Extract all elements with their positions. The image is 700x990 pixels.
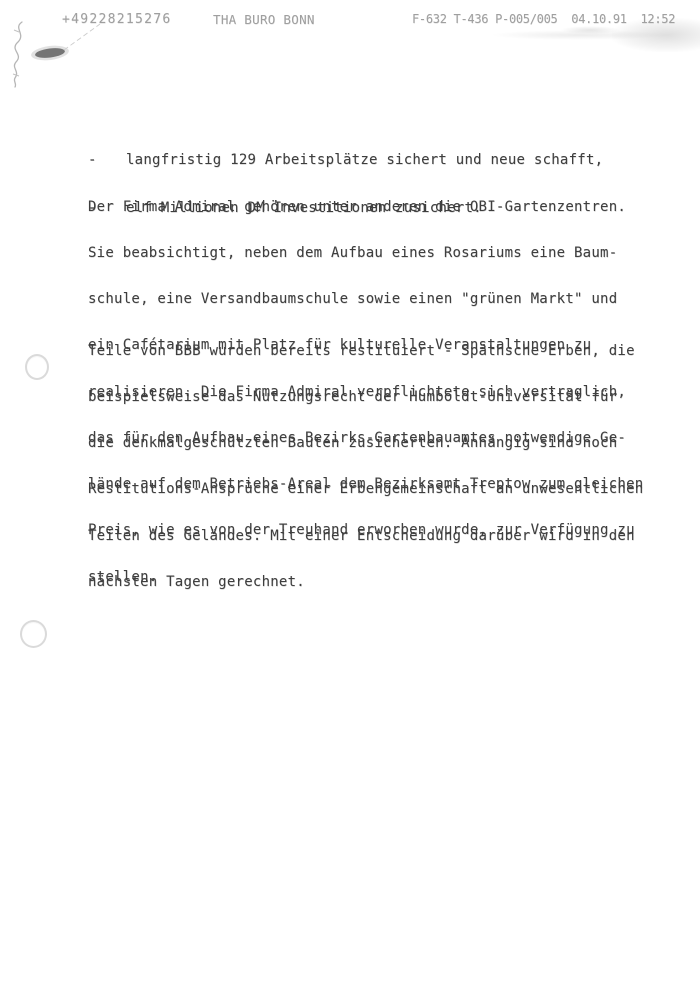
- text-line: Restitutions-Ansprüche einer Erbengemein…: [88, 482, 643, 497]
- bullet-text: langfristig 129 Arbeitsplätze sichert un…: [126, 152, 603, 168]
- text-line: Sie beabsichtigt, neben dem Aufbau eines…: [88, 246, 643, 261]
- text-line: die denkmalgeschützten Bauten zusicherte…: [88, 436, 643, 451]
- text-line: Teile von BBB wurden bereits restituiert…: [88, 344, 643, 359]
- punch-hole-bottom: [20, 620, 47, 648]
- fax-document-page: +49228215276 THA BURO BONN F-632 T-436 P…: [0, 0, 700, 990]
- scan-noise-dots: [560, 26, 620, 34]
- text-line: Der Firma Admiral gehören unter anderen …: [88, 200, 643, 215]
- punch-hole-top: [25, 354, 49, 380]
- paragraph-restitution: Teile von BBB wurden bereits restituiert…: [88, 313, 643, 621]
- text-line: Teilen des Geländes. Mit einer Entscheid…: [88, 529, 643, 544]
- pen-scribble-mark: [0, 8, 170, 103]
- text-line: nächsten Tagen gerechnet.: [88, 575, 643, 590]
- text-line: beispielsweise das Nutzungsrecht der Hum…: [88, 390, 643, 405]
- fax-station-name: THA BURO BONN: [213, 12, 315, 27]
- text-line: schule, eine Versandbaumschule sowie ein…: [88, 292, 643, 307]
- fax-transmission-info: F-632 T-436 P-005/005 04.10.91 12:52: [412, 12, 675, 26]
- scan-noise-band: [490, 30, 670, 40]
- bullet-item: - langfristig 129 Arbeitsplätze sichert …: [88, 152, 603, 168]
- bullet-dash: -: [88, 152, 126, 168]
